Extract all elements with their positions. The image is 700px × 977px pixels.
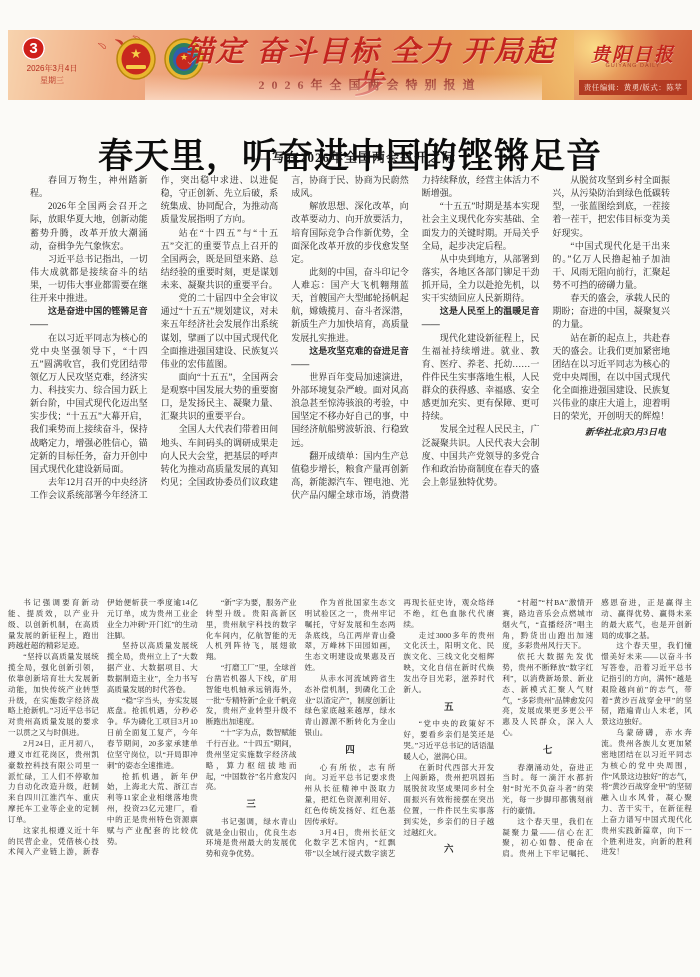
article-paragraph: “稳”字当头，夯实发展底盘。抢抓机遇，分秒必争。华为磷化工项目3月10日前全面复… xyxy=(107,696,198,772)
article-paragraph: 发展全过程人民民主，广泛凝聚共识。人民代表大会制度、中国共产党领导的多党合作和政… xyxy=(422,423,540,489)
article-paragraph: 从赤水河流域跨省生态补偿机制，到磷化工企业“以渣定产”，制度创新让绿色家底越来越… xyxy=(305,674,396,739)
main-article-body: 春回万物生，神州踏新程。2026年全国两会召开之际，放眼华夏大地，创新动能蓄势升… xyxy=(30,174,670,582)
article-paragraph: 世界百年变局加速演进，外部环境复杂严峻。面对风高浪急甚至惊涛骇浪的考验，中国坚定… xyxy=(291,371,409,450)
article-paragraph: 书记强调，绿水青山就是金山银山，优良生态环境是贵州最大的发展优势和竞争优势。 xyxy=(206,817,297,860)
article-paragraph: 走过3000多年的贵州文化沃土，阳明文化、民族文化、三线文化交相辉映，文化自信在… xyxy=(403,631,494,696)
date-block: 2026年3月4日 星期三 xyxy=(14,63,90,87)
national-emblem-icon: ★ xyxy=(116,38,156,80)
article-paragraph: 这个春天里，我们憧憬美好未来——以奋斗书写答卷，沿着习近平总书记指引的方向，满怀… xyxy=(601,641,692,728)
article-paragraph: 从脱贫攻坚到乡村全面振兴，从污染防治到绿色低碳转型，一张蓝图绘到底，一茬接着一茬… xyxy=(552,174,670,240)
article-paragraph: “村超”“村BA”激情开赛，路边音乐会点燃城市烟火气，“直播经济”唱主角，黔货出… xyxy=(502,598,593,652)
article-paragraph: 这是攻坚克难的奋进足音—— xyxy=(291,345,409,371)
article-paragraph: 习近平总书记指出，一切伟大成就都是接续奋斗的结果，一切伟大事业都需要在继往开来中… xyxy=(30,253,148,306)
article-paragraph: 这是人民至上的温暖足音—— xyxy=(422,305,540,331)
article-paragraph: 2026年全国两会召开之际，放眼华夏大地，创新动能蓄势升腾，改革开放大潮涌动，奋… xyxy=(30,200,148,253)
article-paragraph: 从中央到地方，从部署到落实，各地区各部门铆足干劲抓开局，全力以赴抢先机，以实干实… xyxy=(422,253,540,306)
article-paragraph: 书记强调要育新动能、提质效，以产业升级、以创新机制，在高质量发展的新征程上，跑出… xyxy=(8,598,99,652)
article-paragraph: 站在新的起点上，共赴春天的盛会。让我们更加紧密地团结在以习近平同志为核心的党中央… xyxy=(552,332,670,424)
section-number: 七 xyxy=(502,744,593,758)
banner-subtitle: 2026年全国两会特别报道 xyxy=(178,76,562,93)
article-paragraph: 抢抓机遇，新年伊始，上海北大荒、浙江吉利等11家企业相继落地贵州，投资23亿元建… xyxy=(107,772,198,848)
article-paragraph: 春潮涌动处，奋进正当时。每一滴汗水都折射“时光不负奋斗者”的荣光，每一步脚印都镌… xyxy=(502,763,593,817)
article-paragraph: “十五五”时期是基本实现社会主义现代化夯实基础、全面发力的关键时期。开局关乎全局… xyxy=(422,200,540,253)
article-paragraph: 依托大数据先发优势，贵州不断释放“数字红利”，以消费新场景、新业态、新模式汇聚人… xyxy=(502,652,593,739)
article-paragraph: 这是奋进中国的铿锵足音—— xyxy=(30,305,148,331)
article-paragraph: 在以习近平同志为核心的党中央坚强领导下，“十四五”圆满收官，我们党团结带领亿万人… xyxy=(30,332,148,476)
section-number: 六 xyxy=(403,843,494,857)
special-report-banner: 3 2026年3月4日 星期三 ﹆ ﹅ ﹆ ★ ★ 锚定 奋斗目标 全力 xyxy=(8,30,692,100)
article-paragraph: “十”字为点，数智赋能千行百业。“十四五”期间，贵州坚定实施数字经济战略，算力枢… xyxy=(206,728,297,793)
byline: 新华社北京3月3日电 xyxy=(552,426,670,439)
article-paragraph: 乌蒙磅礴，赤水奔流。贵州各族儿女更加紧密地团结在以习近平同志为核心的党中央周围，… xyxy=(601,728,692,858)
article-paragraph: 心有所依，志有所向。习近平总书记要求贵州从长征精神中汲取力量，把红色资源利用好、… xyxy=(305,763,396,828)
article-paragraph: 此刻的中国，奋斗印记令人难忘：国产大飞机翱翔蓝天，首艘国产大型邮轮扬帆起航，嫦娥… xyxy=(291,266,409,345)
newspaper-page: 3 2026年3月4日 星期三 ﹆ ﹅ ﹆ ★ ★ 锚定 奋斗目标 全力 xyxy=(0,0,700,977)
article-paragraph: 站在“十四五”与“十五五”交汇的重要节点上召开的全国两会，既是回望来路、总结经验… xyxy=(161,227,279,293)
article-paragraph: 春回万物生，神州踏新程。 xyxy=(30,174,148,200)
section-number: 三 xyxy=(206,798,297,812)
section-divider xyxy=(8,585,692,595)
masthead: 贵阳日报 GUIYANG DAILY 责任编辑：黄勇/版式：陈苹 xyxy=(574,30,692,100)
weekday-text: 星期三 xyxy=(14,75,90,87)
article-paragraph: 在新时代西部大开发上闯新路，贵州把巩固拓展脱贫攻坚成果同乡村全面振兴有效衔接摆在… xyxy=(403,763,494,839)
article-paragraph: 解放思想、深化改革，向改革要动力、向开放要活力，培育国际竞争合作新优势，全面深化… xyxy=(291,200,409,266)
section-number: 五 xyxy=(403,701,494,715)
section-number: 四 xyxy=(305,744,396,758)
article-paragraph: “中国式现代化是干出来的。”亿万人民撸起袖子加油干、风雨无阻向前行，汇聚起势不可… xyxy=(552,240,670,293)
article-paragraph: “坚持以高质量发展统揽全局，强化创新引领，依靠创新培育壮大发展新动能，加快传统产… xyxy=(8,652,99,739)
article-paragraph: 2月24日，正月初八，遵义市红花岗区，贵州凯豪数控科技有限公司里一派忙碌，工人们… xyxy=(8,739,99,826)
article-paragraph: “打磨工厂”里，全球首台凿岩机器人下线，矿用智能电机轴承远销海外，一批“专精特新… xyxy=(206,663,297,728)
continuation-article-body: 书记强调要育新动能、提质效，以产业升级、以创新机制，在高质量发展的新征程上，跑出… xyxy=(8,598,692,970)
article-paragraph: 党的二十届四中全会审议通过“十五五”规划建议，对未来五年经济社会发展作出系统谋划… xyxy=(161,292,279,371)
article-paragraph: 春天的盛会，承载人民的期盼；奋进的中国，凝聚复兴的力量。 xyxy=(552,292,670,331)
svg-text:★: ★ xyxy=(130,46,142,61)
newspaper-name-en: GUIYANG DAILY xyxy=(574,63,692,69)
page-number-badge: 3 xyxy=(22,37,45,60)
article-paragraph: “党中央的政策好不好，要看乡亲们是笑还是哭。”习近平总书记的话语温暖人心，滋润心… xyxy=(403,719,494,762)
article-paragraph: 现代化建设新征程上，民生福祉持续增进。就业、教育、医疗、养老、托幼……一件件民生… xyxy=(422,332,540,424)
headline-deck: ——写在2026年全国两会召开之际 xyxy=(30,147,670,166)
banner-slogan: 锚定 奋斗目标 全力 开局起步 xyxy=(178,37,562,100)
article-paragraph: 作为首批国家生态文明试验区之一，贵州牢记嘱托，守好发展和生态两条底线，乌江两岸青… xyxy=(305,598,396,674)
editors-credit: 责任编辑：黄勇/版式：陈苹 xyxy=(579,80,687,95)
article-paragraph: 坚持以高质量发展统揽全局，贵州立上了“大数据产业、大数据项目、大数据制造主业”，… xyxy=(107,641,198,695)
date-text: 2026年3月4日 xyxy=(14,63,90,75)
article-paragraph: 面向“十五五”，全国两会是观察中国发展大势的重要窗口，是发扬民主、凝聚力量、汇聚… xyxy=(161,371,279,424)
article-paragraph: “新”字为要，服务产业转型升级。贵阳高新区里，贵州航宇科技的数字化车间内，亿航智… xyxy=(206,598,297,663)
